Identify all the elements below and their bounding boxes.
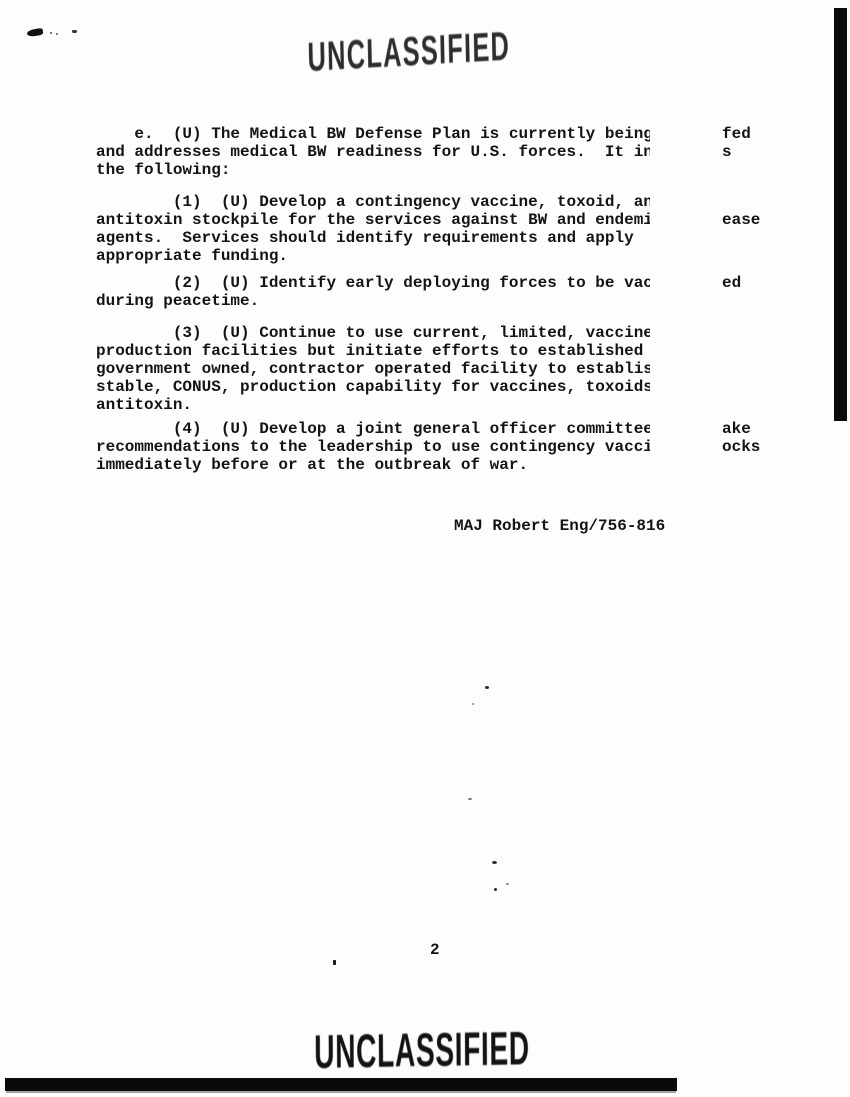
text-line: stable, CONUS, production capability for… [96, 378, 650, 396]
right-edge-black-bar [834, 8, 847, 421]
text-line: antitoxin stockpile for the services aga… [96, 211, 650, 229]
cut-fragment: ease [722, 211, 760, 229]
scanned-document-page: UNCLASSIFIED UNCLASSIFIED e. (U) The Med… [0, 0, 850, 1097]
scan-speck [333, 960, 336, 965]
text-line: government owned, contractor operated fa… [96, 360, 650, 378]
text-line: (3) (U) Continue to use current, limited… [96, 324, 650, 342]
cut-fragment: ed [722, 274, 741, 292]
text-line: immediately before or at the outbreak of… [96, 456, 650, 474]
text-line: antitoxin. [96, 396, 650, 414]
scan-speck [494, 888, 497, 891]
cut-fragment: ake [722, 420, 751, 438]
scan-speck [468, 798, 472, 800]
point-of-contact: MAJ Robert Eng/756-816 [454, 517, 665, 535]
scan-speck [72, 30, 77, 33]
unclassified-stamp-top: UNCLASSIFIED [307, 23, 511, 81]
text-line: production facilities but initiate effor… [96, 342, 650, 360]
pen-mark [27, 28, 44, 37]
scan-speck [492, 861, 497, 864]
paragraph-e: e. (U) The Medical BW Defense Plan is cu… [96, 125, 650, 179]
bottom-black-bar [5, 1078, 677, 1091]
text-line: during peacetime. [96, 292, 650, 310]
text-line: (2) (U) Identify early deploying forces … [96, 274, 650, 292]
text-line: (4) (U) Develop a joint general officer … [96, 420, 650, 438]
text-line: agents. Services should identify require… [96, 229, 650, 247]
scan-speck [50, 32, 52, 34]
cut-fragment: s [722, 143, 732, 161]
text-line: appropriate funding. [96, 247, 650, 265]
paragraph-2: (2) (U) Identify early deploying forces … [96, 274, 650, 310]
text-line: and addresses medical BW readiness for U… [96, 143, 650, 161]
paragraph-3: (3) (U) Continue to use current, limited… [96, 324, 650, 414]
scan-speck [485, 686, 489, 689]
text-line: the following: [96, 161, 650, 179]
page-number: 2 [430, 941, 440, 959]
paragraph-4: (4) (U) Develop a joint general officer … [96, 420, 650, 474]
text-line: recommendations to the leadership to use… [96, 438, 650, 456]
scan-speck [472, 703, 474, 705]
cut-fragment: ocks [722, 438, 760, 456]
unclassified-stamp-bottom: UNCLASSIFIED [314, 1020, 530, 1079]
paragraph-1: (1) (U) Develop a contingency vaccine, t… [96, 193, 650, 265]
text-line: (1) (U) Develop a contingency vaccine, t… [96, 193, 650, 211]
cut-fragment: fed [722, 125, 751, 143]
scan-speck [506, 883, 509, 885]
scan-speck [56, 33, 58, 35]
text-line: e. (U) The Medical BW Defense Plan is cu… [96, 125, 650, 143]
